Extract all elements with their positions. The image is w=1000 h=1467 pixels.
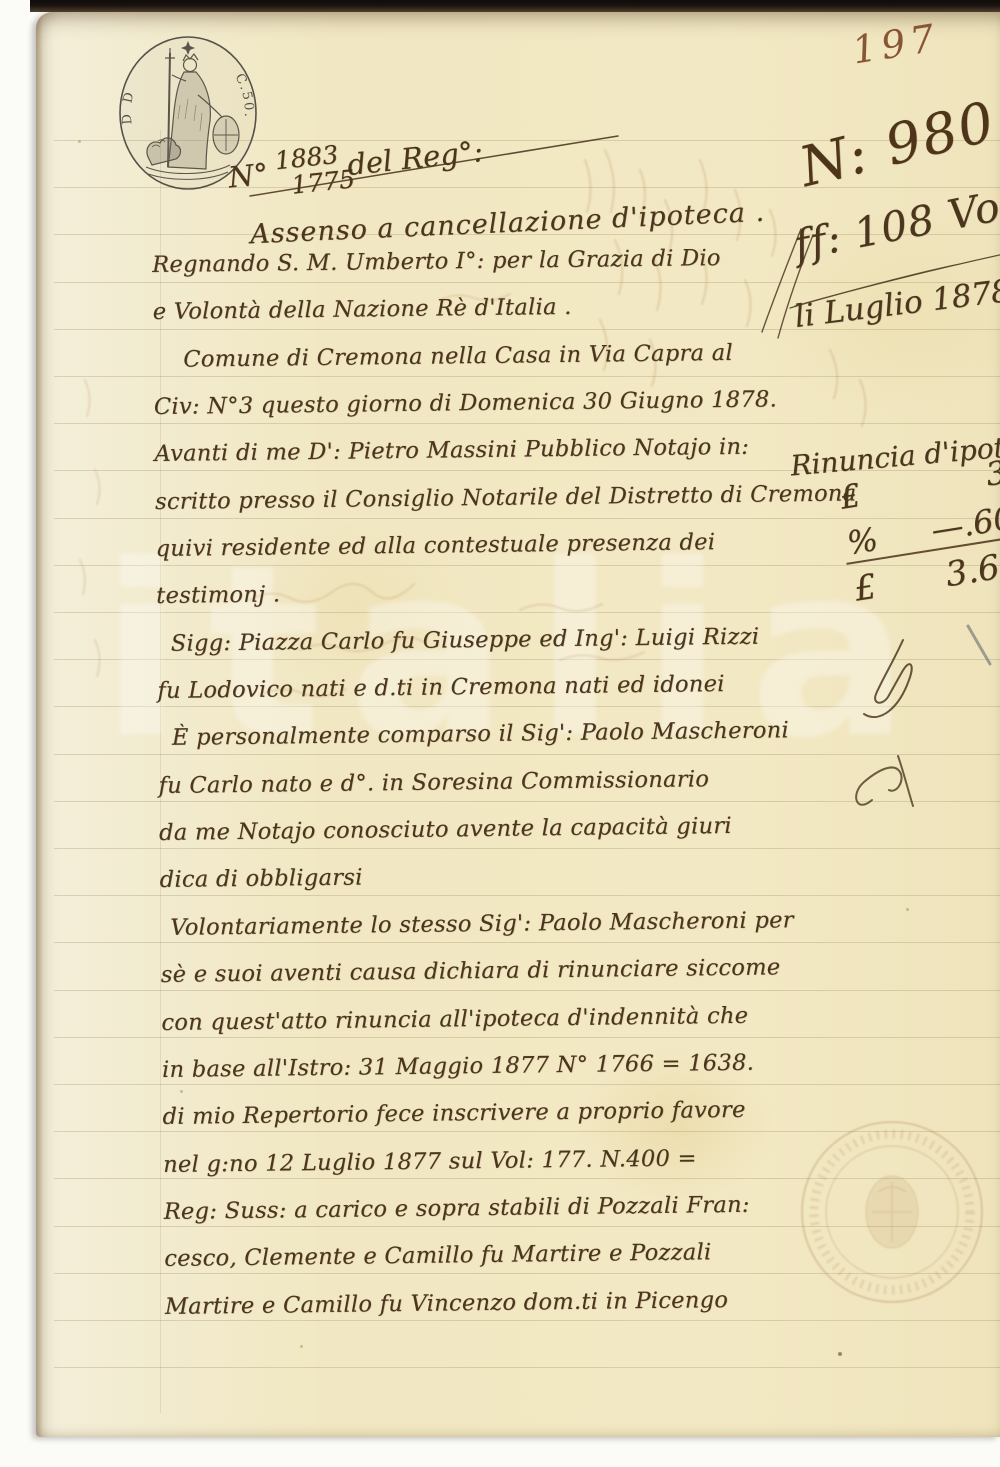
foxing-spot xyxy=(906,908,909,911)
foxing-spot xyxy=(700,450,703,453)
ink-overlay xyxy=(36,12,1000,1437)
ink-bleedthrough-middle xyxy=(80,294,644,696)
folio-flourish xyxy=(790,254,1000,308)
paraph-mark-1 xyxy=(864,640,912,717)
pencil-stroke xyxy=(968,626,990,664)
descender-strokes xyxy=(762,229,813,338)
strike-line xyxy=(250,136,618,196)
paraph-mark-2 xyxy=(856,756,913,806)
ink-bleedthrough-upper xyxy=(585,150,866,426)
scan-top-edge xyxy=(30,0,1000,12)
foxing-spot xyxy=(300,1345,303,1348)
foxing-spot xyxy=(180,1090,183,1093)
document-page: italia D D C.50. N°18831 xyxy=(36,12,1000,1437)
foxing-spot xyxy=(838,1352,842,1356)
foxing-spot xyxy=(78,140,81,143)
